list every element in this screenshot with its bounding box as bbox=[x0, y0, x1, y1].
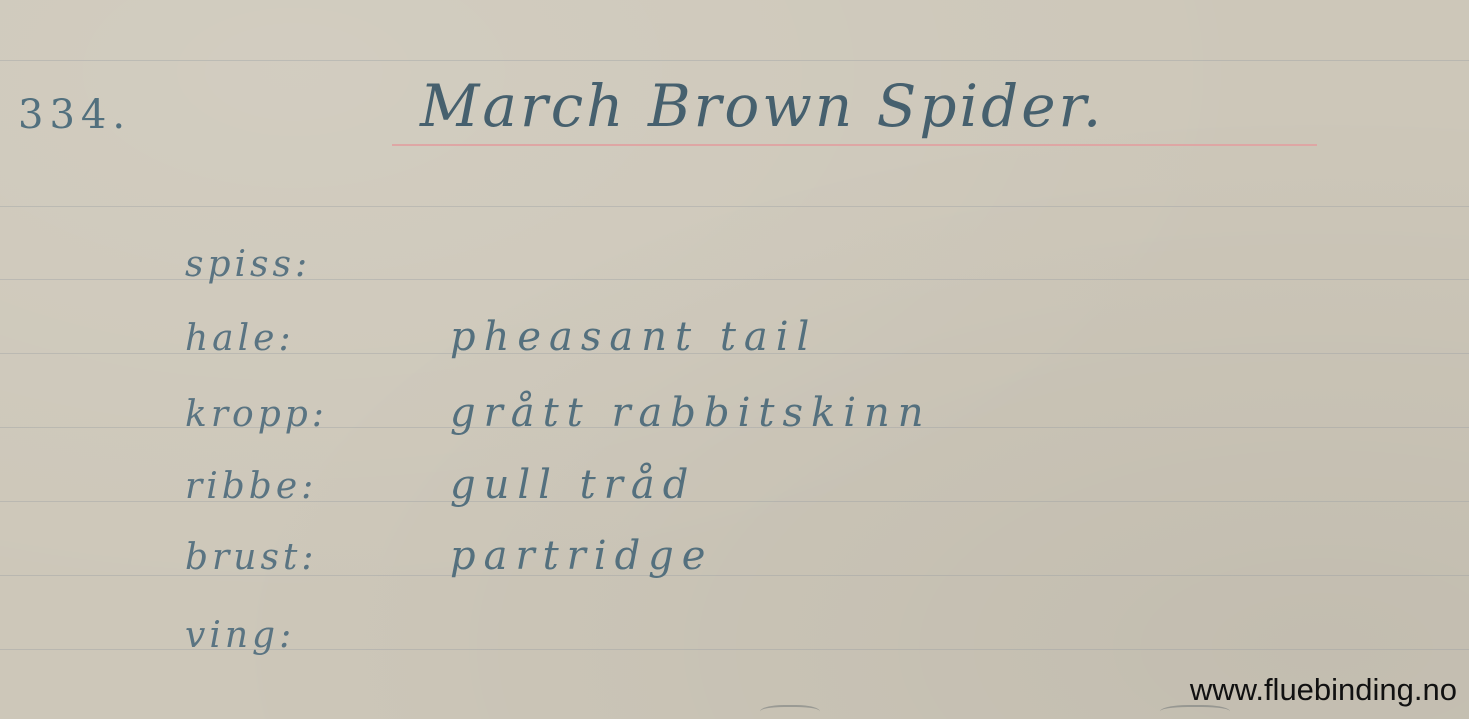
field-label-hale: hale: bbox=[185, 318, 295, 359]
website-watermark: www.fluebinding.no bbox=[1190, 672, 1457, 708]
field-value-kropp: grått rabbitskinn bbox=[450, 390, 932, 436]
fly-pattern-title: March Brown Spider. bbox=[420, 72, 1104, 140]
field-value-brust: partridge bbox=[450, 533, 713, 579]
field-value-hale: pheasant tail bbox=[450, 314, 817, 360]
ruled-line bbox=[0, 60, 1469, 61]
field-label-ribbe: ribbe: bbox=[185, 466, 317, 507]
next-entry-ink-fragment bbox=[760, 705, 820, 719]
field-label-spiss: spiss: bbox=[185, 244, 311, 285]
field-label-kropp: kropp: bbox=[185, 394, 328, 435]
field-label-ving: ving: bbox=[185, 615, 295, 656]
notebook-page: 334. March Brown Spider. spiss: hale: ph… bbox=[0, 0, 1469, 719]
entry-number: 334. bbox=[18, 92, 131, 138]
ruled-line bbox=[0, 206, 1469, 207]
title-underline bbox=[392, 144, 1317, 146]
field-label-brust: brust: bbox=[185, 537, 318, 578]
field-value-ribbe: gull tråd bbox=[450, 462, 696, 508]
